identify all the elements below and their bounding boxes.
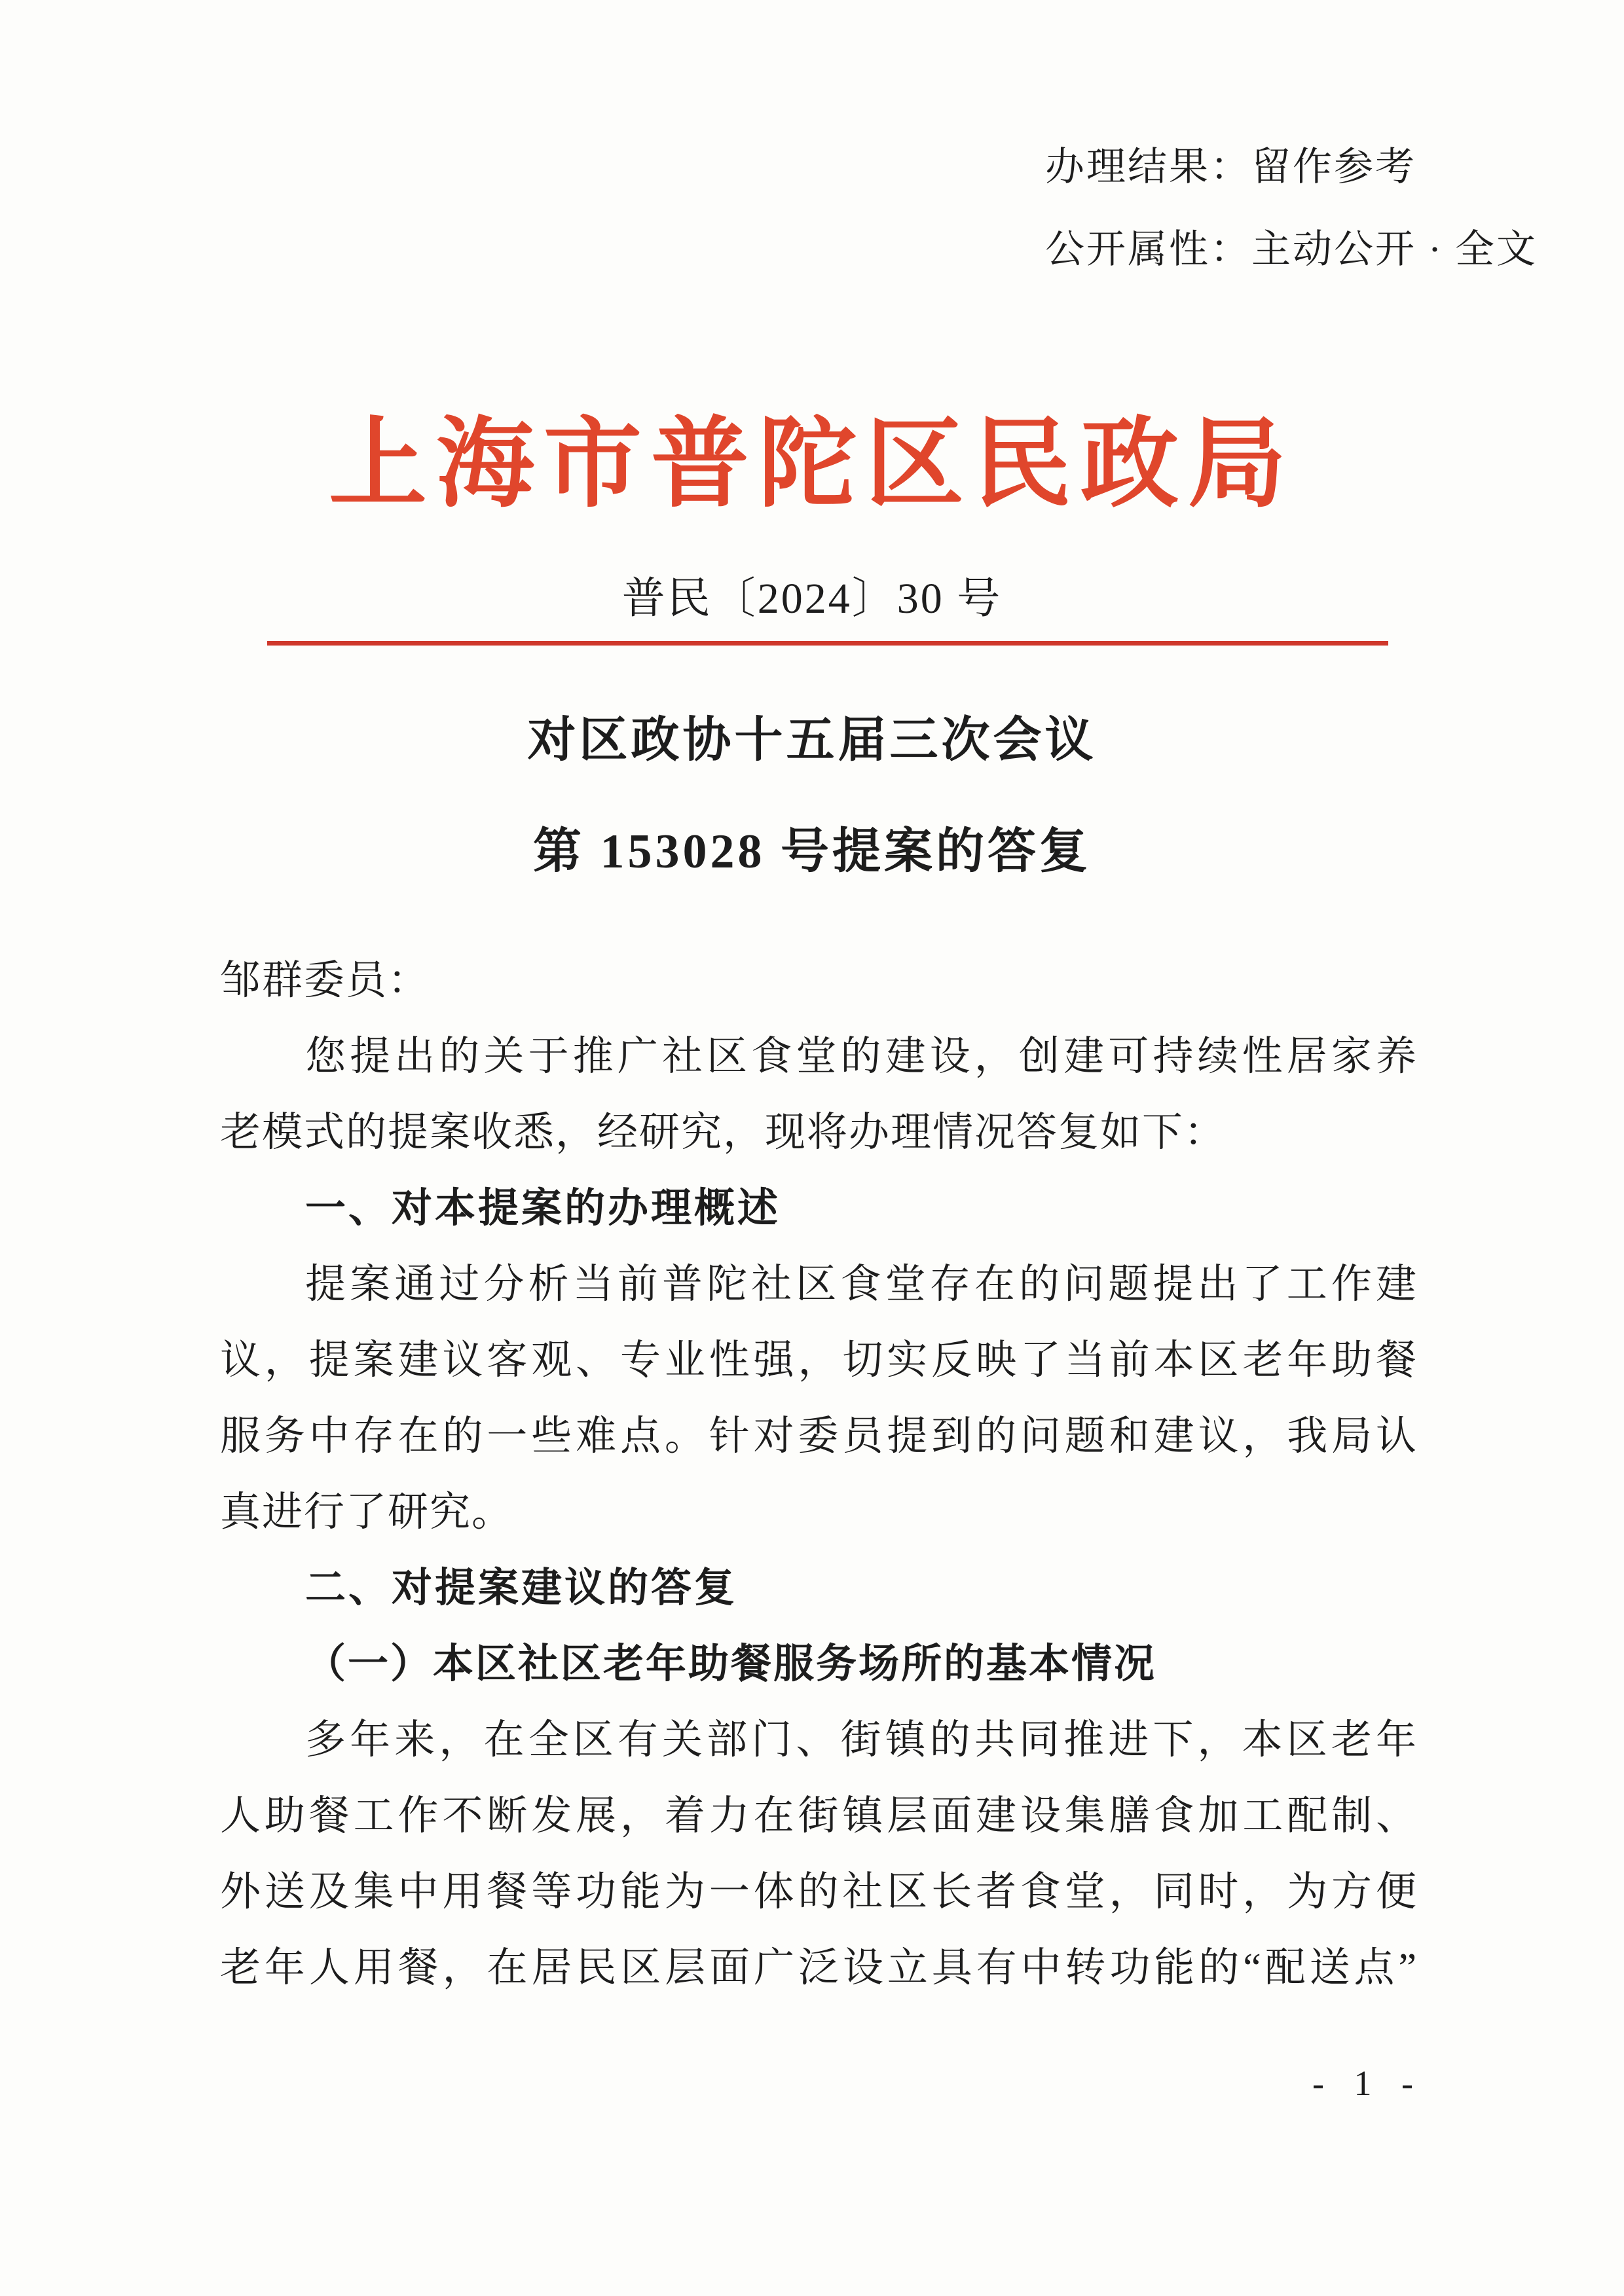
meta-block: 办理结果：留作参考 公开属性：主动公开 · 全文	[1045, 126, 1538, 291]
section-heading-1: 一、对本提案的办理概述	[220, 1171, 1418, 1247]
disclosure-attribute-line: 公开属性：主动公开 · 全文	[1045, 208, 1538, 291]
body-line: 老模式的提案收悉，经研究，现将办理情况答复如下：	[220, 1095, 1418, 1171]
body-line: 多年来，在全区有关部门、街镇的共同推进下，本区老年	[220, 1702, 1418, 1778]
body-line: 服务中存在的一些难点。针对委员提到的问题和建议，我局认	[220, 1398, 1418, 1474]
body-line: 人助餐工作不断发展，着力在街镇层面建设集膳食加工配制、	[220, 1778, 1418, 1854]
page-number: - 1 -	[1312, 2057, 1424, 2109]
body-line: 议，提案建议客观、专业性强，切实反映了当前本区老年助餐	[220, 1322, 1418, 1398]
body-line: 外送及集中用餐等功能为一体的社区长者食堂，同时，为方便	[220, 1854, 1418, 1930]
issuing-authority-masthead: 上海市普陀区民政局	[0, 412, 1624, 517]
body-line: 您提出的关于推广社区食堂的建设，创建可持续性居家养	[220, 1019, 1418, 1095]
red-divider-rule	[267, 641, 1388, 646]
sub-heading-1: （一）本区社区老年助餐服务场所的基本情况	[220, 1626, 1418, 1702]
document-number: 普民〔2024〕30 号	[0, 571, 1624, 627]
body-line: 提案通过分析当前普陀社区食堂存在的问题提出了工作建	[220, 1247, 1418, 1322]
body-line: 老年人用餐，在居民区层面广泛设立具有中转功能的“配送点”	[220, 1930, 1418, 2006]
body-line: 真进行了研究。	[220, 1474, 1418, 1550]
section-heading-2: 二、对提案建议的答复	[220, 1550, 1418, 1626]
handling-result-line: 办理结果：留作参考	[1045, 126, 1538, 208]
document-body: 邹群委员： 您提出的关于推广社区食堂的建设，创建可持续性居家养 老模式的提案收悉…	[220, 943, 1418, 2006]
salutation: 邹群委员：	[220, 943, 1418, 1019]
scanned-official-letter-page: 办理结果：留作参考 公开属性：主动公开 · 全文 上海市普陀区民政局 普民〔20…	[0, 0, 1624, 2296]
document-title-line2: 第 153028 号提案的答复	[0, 824, 1624, 880]
document-title-line1: 对区政协十五届三次会议	[0, 712, 1624, 769]
